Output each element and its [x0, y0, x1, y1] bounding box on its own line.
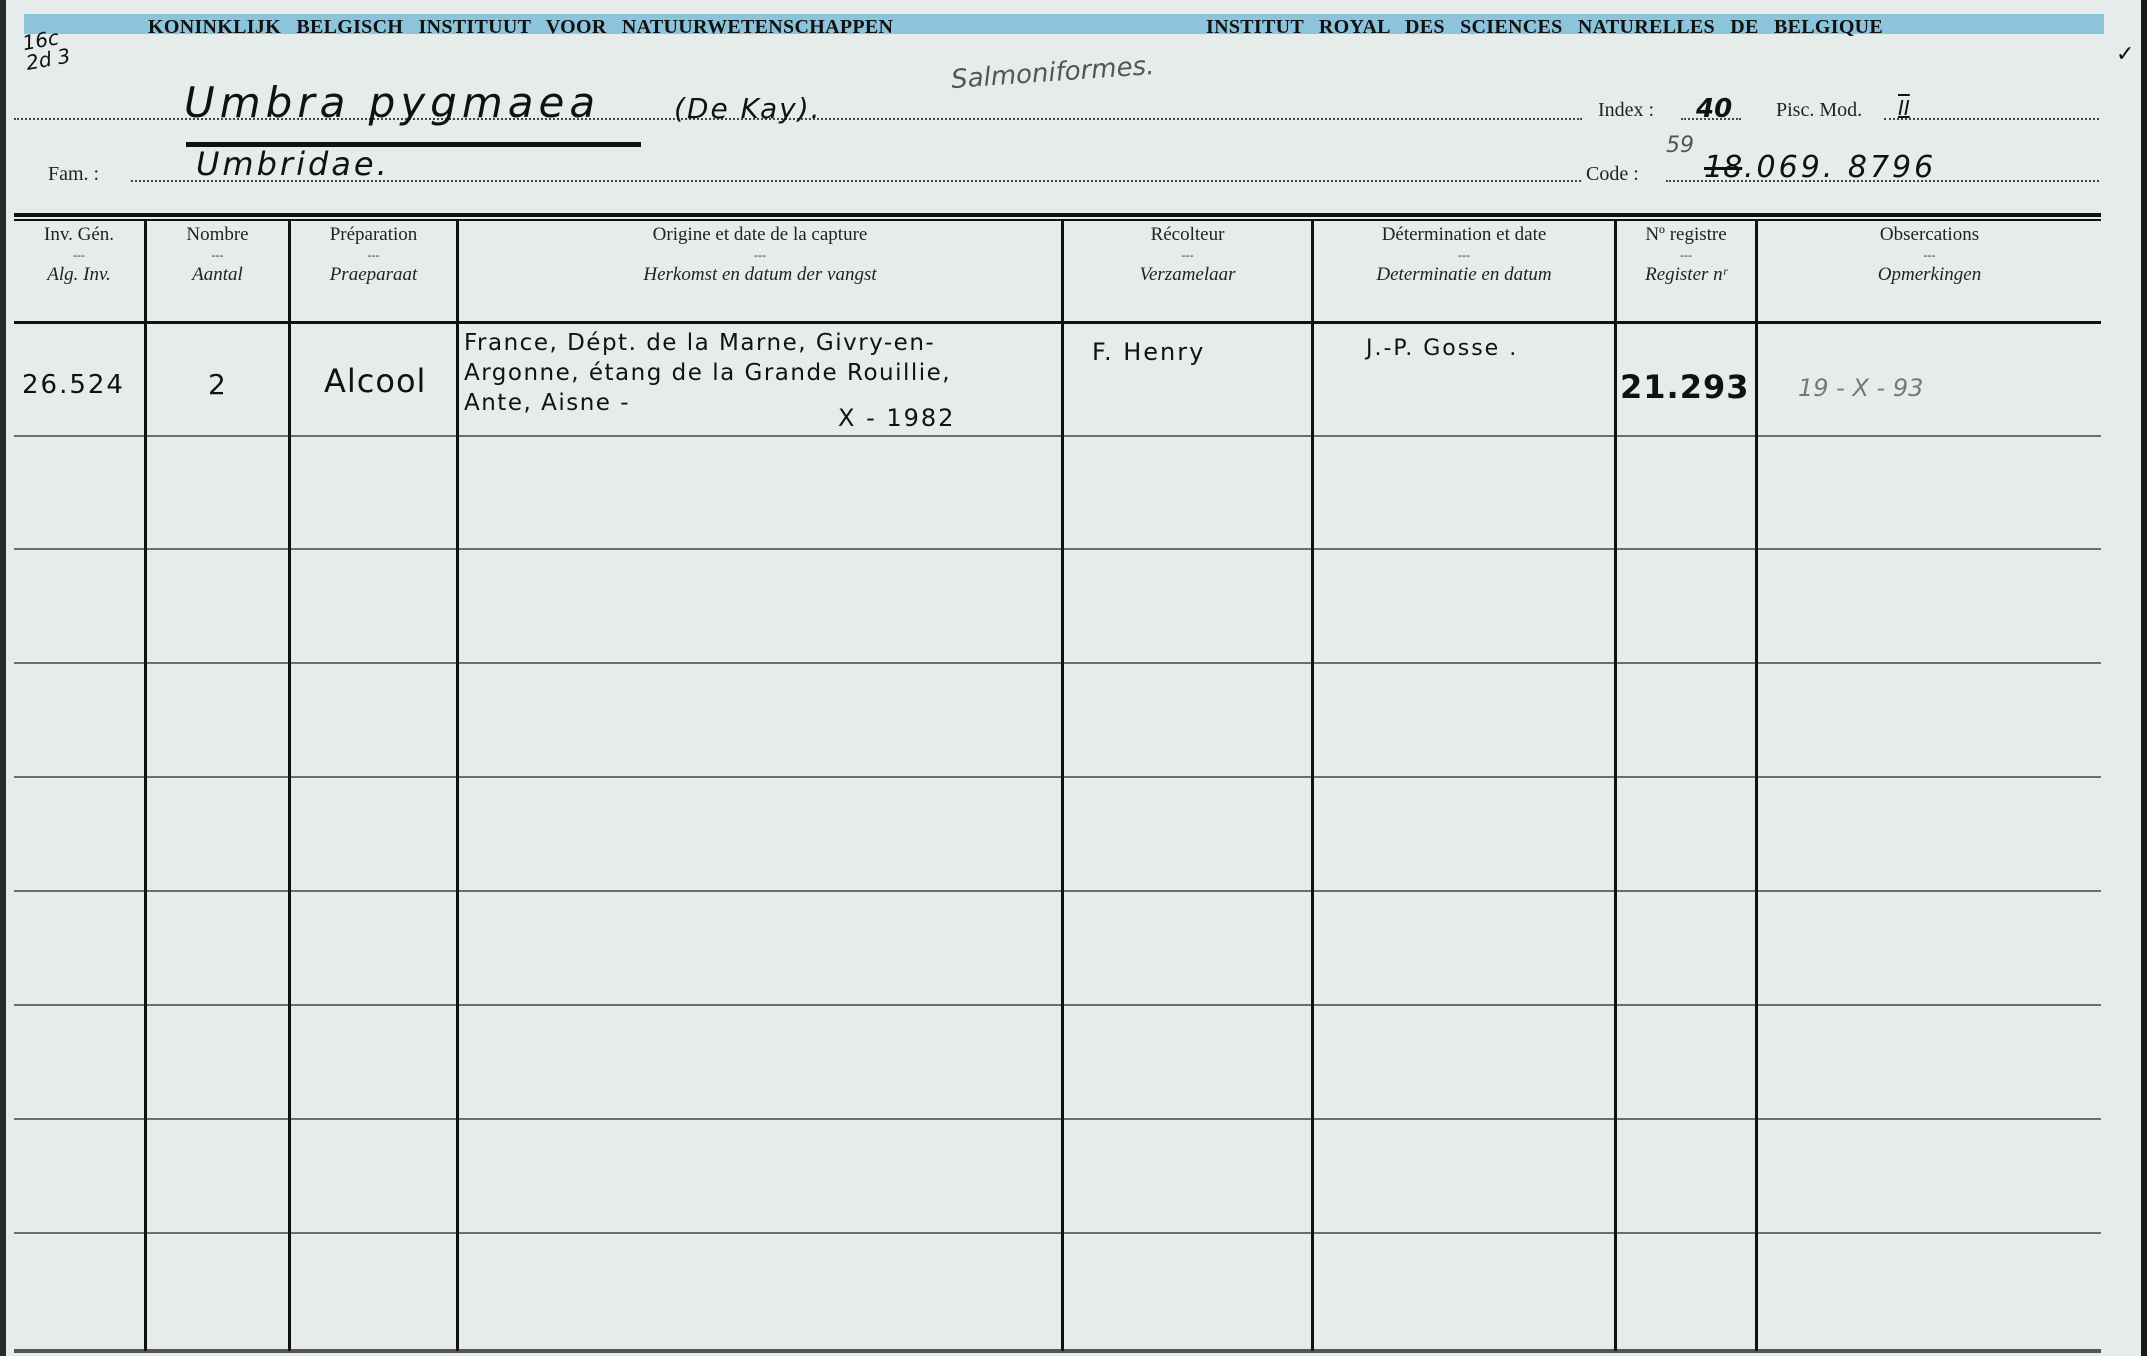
header-bottom-rule [14, 321, 2101, 324]
table-top-rule-thin [14, 219, 2101, 221]
check-mark: ✓ [2116, 42, 2134, 67]
row-rule [14, 890, 2101, 892]
column-header-inv: Inv. Gén. --- Alg. Inv. [14, 224, 144, 286]
cell-observations: 19 - X - 93 [1798, 374, 1923, 402]
row-rule [14, 662, 2101, 664]
row-rule [14, 548, 2101, 550]
column-header-preparation: Préparation --- Praeparaat [291, 224, 456, 286]
specimen-card: KONINKLIJK BELGISCH INSTITUUT VOOR NATUU… [0, 0, 2141, 1356]
order-note: Salmoniformes. [950, 51, 1155, 95]
cell-capture-date: X - 1982 [838, 404, 955, 432]
column-header-recolteur: Récolteur --- Verzamelaar [1064, 224, 1311, 286]
code-label: Code : [1586, 163, 1639, 186]
col-divider [1614, 219, 1617, 1351]
column-header-nombre: Nombre --- Aantal [147, 224, 288, 286]
cell-registre: 21.293 [1620, 368, 1749, 406]
cell-determination: J.-P. Gosse . [1366, 336, 1518, 361]
cell-recolteur: F. Henry [1092, 338, 1205, 366]
code-struck: 18 [1704, 150, 1742, 185]
cell-origine: France, Dépt. de la Marne, Givry-en- Arg… [464, 328, 1064, 418]
institute-name-nl: KONINKLIJK BELGISCH INSTITUUT VOOR NATUU… [148, 16, 893, 39]
column-header-observations: Obsercations --- Opmerkingen [1758, 224, 2101, 286]
row-rule [14, 435, 2101, 437]
col-divider [1755, 219, 1758, 1351]
column-header-registre: Nº registre --- Register nʳ [1617, 224, 1755, 286]
code-correction: 59 [1666, 133, 1694, 158]
col-divider [1311, 219, 1314, 1351]
institute-name-fr: INSTITUT ROYAL DES SCIENCES NATURELLES D… [1206, 16, 1883, 39]
cell-inv: 26.524 [22, 370, 125, 400]
code-value: .069. 8796 [1744, 150, 1936, 185]
pisc-mod-dotted-line [1884, 118, 2099, 120]
column-header-origine: Origine et date de la capture --- Herkom… [459, 224, 1061, 286]
cell-preparation: Alcool [324, 362, 426, 400]
row-rule [14, 1232, 2101, 1234]
index-value: 40 [1696, 94, 1732, 124]
family-label: Fam. : [48, 163, 99, 186]
species-author: (De Kay). [674, 92, 822, 125]
col-divider [144, 219, 147, 1351]
cell-nombre: 2 [208, 368, 226, 401]
column-header-determination: Détermination et date --- Determinatie e… [1314, 224, 1614, 286]
pisc-mod-value: II [1898, 96, 1910, 120]
table-bottom-rule [14, 1349, 2101, 1353]
index-label: Index : [1598, 99, 1654, 122]
corner-note: 16c 2d 3 [21, 23, 87, 73]
family-name: Umbridae. [196, 145, 390, 183]
col-divider [288, 219, 291, 1351]
species-name: Umbra pygmaea [184, 78, 600, 127]
row-rule [14, 776, 2101, 778]
row-rule [14, 1118, 2101, 1120]
table-top-rule [14, 213, 2101, 217]
row-rule [14, 1004, 2101, 1006]
pisc-mod-label: Pisc. Mod. [1776, 99, 1862, 122]
col-divider [456, 219, 459, 1351]
